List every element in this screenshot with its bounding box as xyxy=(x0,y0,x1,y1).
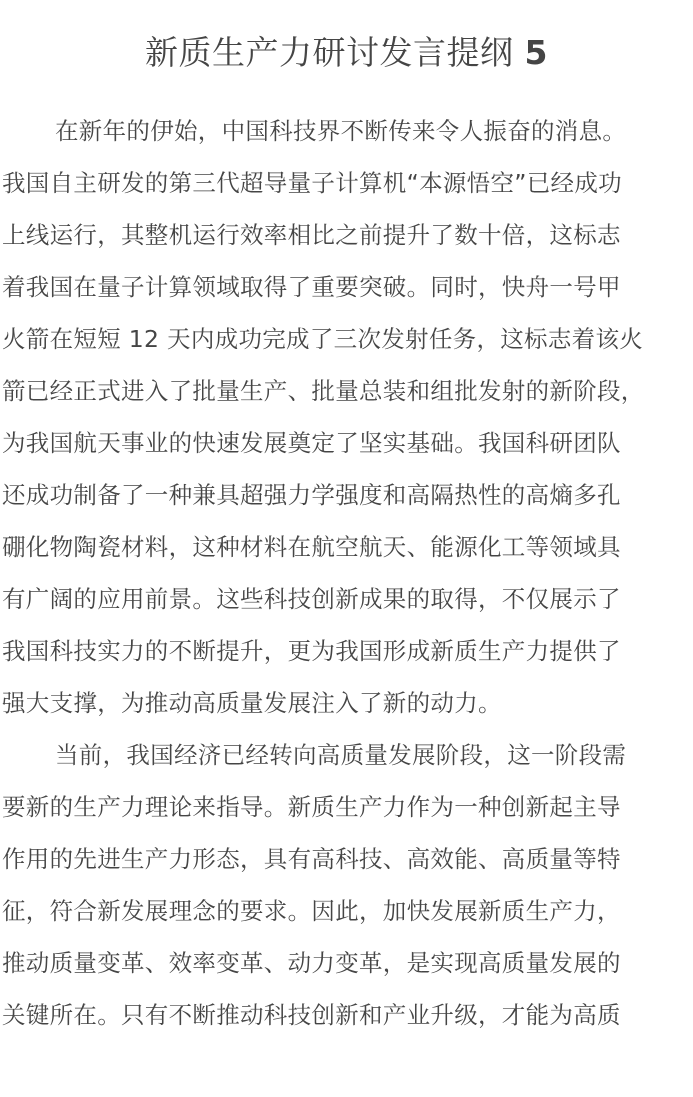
paragraph-line: 火箭在短短 12 天内成功完成了三次发射任务，这标志着该火 xyxy=(2,313,693,365)
title-text: 新质生产力研讨发言提纲 xyxy=(145,33,514,72)
paragraph-1: 在新年的伊始，中国科技界不断传来令人振奋的消息。 我国自主研发的第三代超导量子计… xyxy=(2,105,693,729)
paragraph-line: 有广阔的应用前景。这些科技创新成果的取得，不仅展示了 xyxy=(2,573,693,625)
paragraph-line: 着我国在量子计算领域取得了重要突破。同时，快舟一号甲 xyxy=(2,261,693,313)
paragraph-line: 箭已经正式进入了批量生产、批量总装和组批发射的新阶段， xyxy=(2,365,693,417)
paragraph-2: 当前，我国经济已经转向高质量发展阶段，这一阶段需 要新的生产力理论来指导。新质生… xyxy=(2,729,693,1041)
paragraph-line: 上线运行，其整机运行效率相比之前提升了数十倍，这标志 xyxy=(2,209,693,261)
paragraph-line: 要新的生产力理论来指导。新质生产力作为一种创新起主导 xyxy=(2,781,693,833)
document-body: 在新年的伊始，中国科技界不断传来令人振奋的消息。 我国自主研发的第三代超导量子计… xyxy=(2,105,693,1041)
paragraph-line: 推动质量变革、效率变革、动力变革，是实现高质量发展的 xyxy=(2,937,693,989)
paragraph-line: 作用的先进生产力形态，具有高科技、高效能、高质量等特 xyxy=(2,833,693,885)
document-title: 新质生产力研讨发言提纲 5 xyxy=(0,30,693,76)
paragraph-line: 强大支撑，为推动高质量发展注入了新的动力。 xyxy=(2,677,693,729)
paragraph-line: 征，符合新发展理念的要求。因此，加快发展新质生产力， xyxy=(2,885,693,937)
paragraph-line: 硼化物陶瓷材料，这种材料在航空航天、能源化工等领域具 xyxy=(2,521,693,573)
title-number: 5 xyxy=(525,33,548,72)
paragraph-line: 当前，我国经济已经转向高质量发展阶段，这一阶段需 xyxy=(2,729,693,781)
paragraph-line: 我国自主研发的第三代超导量子计算机“本源悟空”已经成功 xyxy=(2,157,693,209)
paragraph-line: 还成功制备了一种兼具超强力学强度和高隔热性的高熵多孔 xyxy=(2,469,693,521)
paragraph-line: 在新年的伊始，中国科技界不断传来令人振奋的消息。 xyxy=(2,105,693,157)
document-page: 新质生产力研讨发言提纲 5 在新年的伊始，中国科技界不断传来令人振奋的消息。 我… xyxy=(0,0,693,1097)
paragraph-line: 为我国航天事业的快速发展奠定了坚实基础。我国科研团队 xyxy=(2,417,693,469)
paragraph-line: 关键所在。只有不断推动科技创新和产业升级，才能为高质 xyxy=(2,989,693,1041)
paragraph-line: 我国科技实力的不断提升，更为我国形成新质生产力提供了 xyxy=(2,625,693,677)
